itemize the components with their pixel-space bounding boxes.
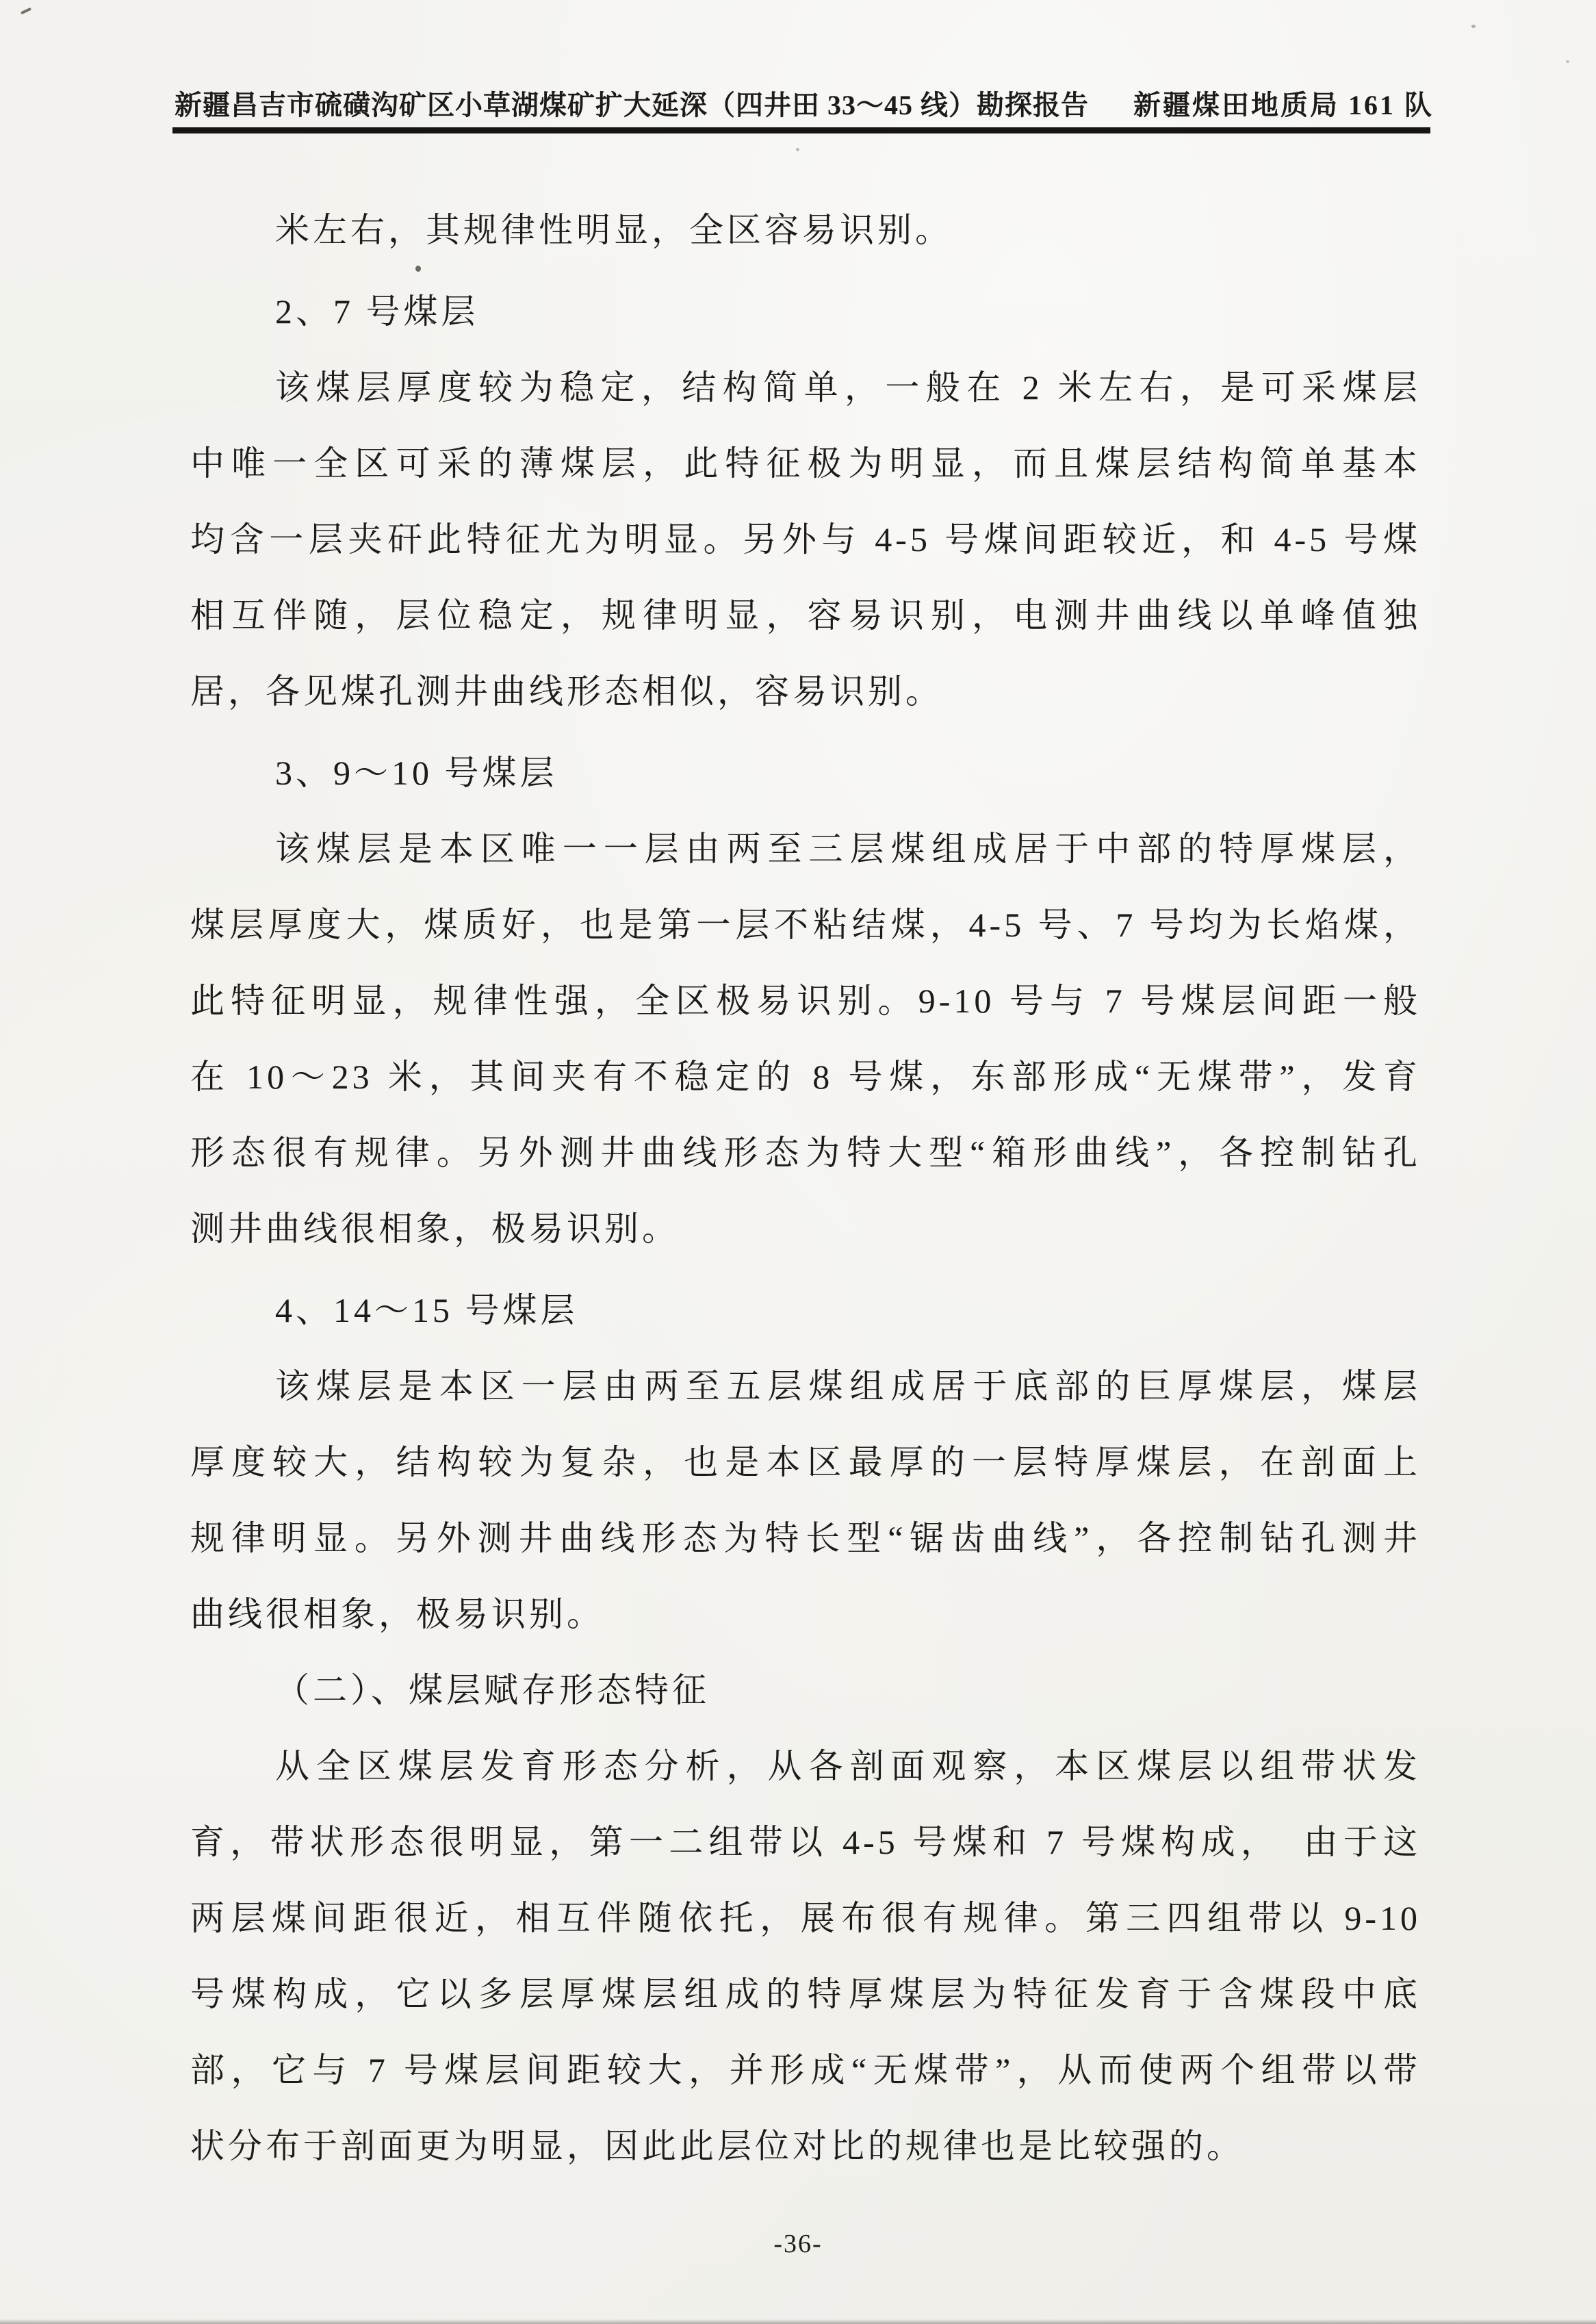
section-heading: （二）、煤层赋存形态特征 <box>190 1652 1421 1728</box>
scan-bottom-edge <box>0 2319 1596 2324</box>
scan-speck <box>430 320 435 324</box>
section-heading: 3、9～10 号煤层 <box>190 735 1421 811</box>
text-line: 从全区煤层发育形态分析，从各剖面观察，本区煤层以组带状发 <box>190 1728 1421 1804</box>
text-line: 中唯一全区可采的薄煤层，此特征极为明显，而且煤层结构简单基本 <box>190 426 1421 502</box>
text-line: 相互伴随，层位稳定，规律明显，容易识别，电测井曲线以单峰值独 <box>190 578 1421 654</box>
text-line: 测井曲线很相象，极易识别。 <box>190 1191 1421 1267</box>
scan-speck <box>796 148 799 151</box>
text-line: 育，带状形态很明显，第一二组带以 4-5 号煤和 7 号煤构成， 由于这 <box>190 1804 1421 1880</box>
text-line: 该煤层是本区一层由两至五层煤组成居于底部的巨厚煤层，煤层 <box>190 1349 1421 1425</box>
text-line: 两层煤间距很近，相互伴随依托，展布很有规律。第三四组带以 9-10 <box>190 1880 1421 1956</box>
organization-name: 新疆煤田地质局 161 队 <box>1133 86 1434 125</box>
text-line: 居，各见煤孔测井曲线形态相似，容易识别。 <box>190 654 1421 730</box>
text-line: 形态很有规律。另外测井曲线形态为特大型“箱形曲线”，各控制钻孔 <box>190 1115 1421 1191</box>
page-number: -36- <box>0 2229 1596 2259</box>
text-line: 规律明显。另外测井曲线形态为特长型“锯齿曲线”，各控制钻孔测井 <box>190 1501 1421 1576</box>
scanned-report-page: 新疆昌吉市硫磺沟矿区小草湖煤矿扩大延深（四井田 33～45 线）勘探报告 新疆煤… <box>0 0 1596 2324</box>
text-line: 该煤层厚度较为稳定，结构简单，一般在 2 米左右，是可采煤层 <box>190 350 1421 426</box>
section-heading: 4、14～15 号煤层 <box>190 1273 1421 1349</box>
text-line: 部，它与 7 号煤层间距较大，并形成“无煤带”，从而使两个组带以带 <box>190 2032 1421 2108</box>
text-line: 号煤构成，它以多层厚煤层组成的特厚煤层为特征发育于含煤段中底 <box>190 1956 1421 2032</box>
text-line: 米左右，其规律性明显，全区容易识别。 <box>190 192 1421 268</box>
page-header: 新疆昌吉市硫磺沟矿区小草湖煤矿扩大延深（四井田 33～45 线）勘探报告 新疆煤… <box>175 86 1434 125</box>
text-line: 状分布于剖面更为明显，因此此层位对比的规律也是比较强的。 <box>190 2108 1421 2184</box>
scan-speck <box>21 8 31 14</box>
report-title: 新疆昌吉市硫磺沟矿区小草湖煤矿扩大延深（四井田 33～45 线）勘探报告 <box>175 86 1089 125</box>
text-line: 此特征明显，规律性强，全区极易识别。9-10 号与 7 号煤层间距一般 <box>190 963 1421 1039</box>
text-line: 均含一层夹矸此特征尤为明显。另外与 4-5 号煤间距较近，和 4-5 号煤 <box>190 502 1421 578</box>
scan-speck <box>415 266 421 272</box>
header-rule <box>172 127 1430 133</box>
text-line: 厚度较大，结构较为复杂，也是本区最厚的一层特厚煤层，在剖面上 <box>190 1425 1421 1501</box>
scan-speck <box>1566 60 1569 63</box>
text-line: 曲线很相象，极易识别。 <box>190 1576 1421 1652</box>
scan-speck <box>1471 25 1476 28</box>
text-line: 该煤层是本区唯一一层由两至三层煤组成居于中部的特厚煤层， <box>190 811 1421 887</box>
text-line: 煤层厚度大，煤质好，也是第一层不粘结煤，4-5 号、7 号均为长焰煤， <box>190 887 1421 963</box>
text-line: 在 10～23 米，其间夹有不稳定的 8 号煤，东部形成“无煤带”，发育 <box>190 1039 1421 1115</box>
section-heading: 2、7 号煤层 <box>190 274 1421 350</box>
body-text: 米左右，其规律性明显，全区容易识别。 2、7 号煤层 该煤层厚度较为稳定，结构简… <box>190 192 1421 2184</box>
